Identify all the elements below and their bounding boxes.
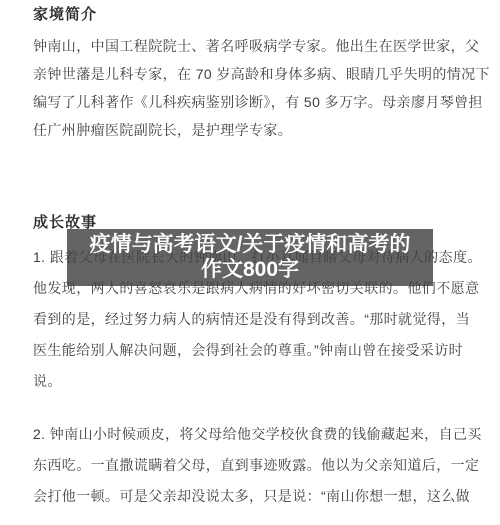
overlay-title-line-2: 作文800字 bbox=[67, 257, 433, 282]
growth-story-item-2: 2. 钟南山小时候顽皮，将父母给他交学校伙食费的钱偷藏起来，自己买 东西吃。一直… bbox=[33, 419, 474, 512]
article-page: 家境简介 钟南山，中国工程院院士、著名呼吸病学专家。他出生在医学世家，父 亲钟世… bbox=[0, 0, 500, 525]
family-background-paragraph: 钟南山，中国工程院院士、著名呼吸病学专家。他出生在医学世家，父 亲钟世藩是儿科专… bbox=[33, 32, 474, 144]
text-line: 2. 钟南山小时候顽皮，将父母给他交学校伙食费的钱偷藏起来，自己买 bbox=[33, 419, 474, 450]
text-line: 钟南山，中国工程院院士、著名呼吸病学专家。他出生在医学世家，父 bbox=[33, 32, 474, 60]
article-title-overlay: 疫情与高考语文/关于疫情和高考的 作文800字 bbox=[67, 229, 433, 286]
text-line: 说。 bbox=[33, 366, 474, 397]
overlay-title-line-1: 疫情与高考语文/关于疫情和高考的 bbox=[67, 232, 433, 257]
text-line: 看到的是，经过努力病人的病情还是没有得到改善。“那时就觉得，当 bbox=[33, 304, 474, 335]
text-line: 会打他一顿。可是父亲却没说太多，只是说：“南山你想一想，这么做 bbox=[33, 481, 474, 512]
text-line: 亲钟世藩是儿科专家，在 70 岁高龄和身体多病、眼睛几乎失明的情况下 bbox=[33, 60, 474, 88]
text-line: 东西吃。一直撒谎瞒着父母，直到事迹败露。他以为父亲知道后，一定 bbox=[33, 450, 474, 481]
text-line: 医生能给别人解决问题，会得到社会的尊重。”钟南山曾在接受采访时 bbox=[33, 335, 474, 366]
text-line: 编写了儿科著作《儿科疾病鉴别诊断》，有 50 多万字。母亲廖月琴曾担 bbox=[33, 88, 474, 116]
text-line: 任广州肿瘤医院副院长，是护理学专家。 bbox=[33, 116, 474, 144]
section-heading-family-background: 家境简介 bbox=[33, 6, 474, 24]
